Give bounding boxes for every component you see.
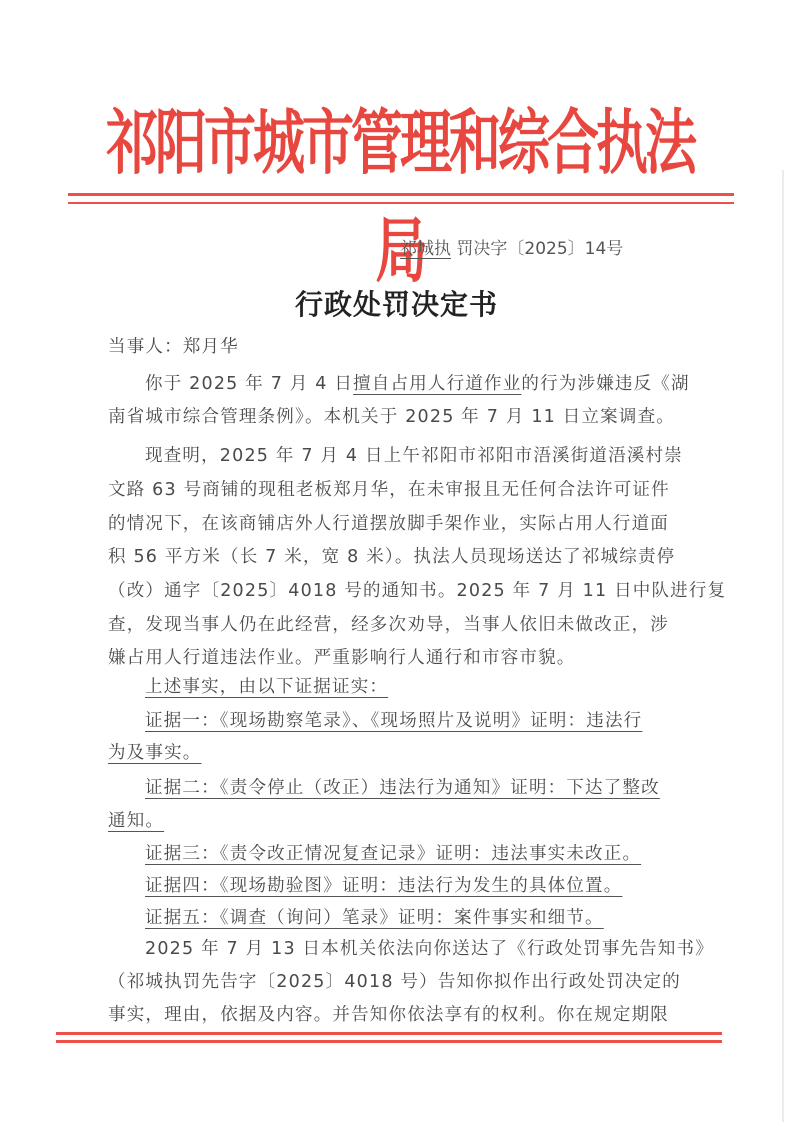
evidence-text: 通知。: [108, 811, 164, 831]
evidence-text: 证据一：《现场勘察笔录》、《现场照片及说明》证明：违法行: [145, 711, 642, 731]
paragraph-2-line: 现查明，2025 年 7 月 4 日上午祁阳市祁阳市浯溪街道浯溪村崇: [145, 440, 720, 472]
paragraph-2-line: 文路 63 号商铺的现租老板郑月华，在未审报且无任何合法许可证件: [108, 474, 683, 506]
evidence-1-line-1: 证据一：《现场勘察笔录》、《现场照片及说明》证明：违法行: [145, 705, 720, 737]
footer-rule-top: [56, 1032, 722, 1035]
document-number: 祁城执 罚决字〔2025〕14号: [400, 234, 623, 259]
evidence-3: 证据三：《责令改正情况复查记录》证明：违法事实未改正。: [145, 838, 720, 870]
party-label: 当事人：: [108, 337, 183, 357]
evidence-2-line-2: 通知。: [108, 805, 683, 837]
letterhead-org-name: 祁阳市城市管理和综合执法局: [100, 90, 700, 306]
violation-underlined: 擅自占用人行道作业: [353, 374, 521, 394]
p1-text: 你于 2025 年 7 月 4 日: [145, 374, 353, 394]
paragraph-1-line-1: 你于 2025 年 7 月 4 日擅自占用人行道作业的行为涉嫌违反《湖: [145, 368, 720, 400]
paragraph-2-line: 积 56 平方米（长 7 米，宽 8 米）。执法人员现场送达了祁城综责停: [108, 541, 683, 573]
evidence-text: 证据四：《现场勘验图》证明：违法行为发生的具体位置。: [145, 876, 622, 896]
evidence-5: 证据五：《调查（询问）笔录》证明：案件事实和细节。: [145, 902, 720, 934]
party-line: 当事人：郑月华: [108, 331, 683, 363]
letterhead-rule-thin: [68, 202, 734, 204]
document-number-prefix: 祁城执: [400, 239, 451, 259]
paragraph-1-line-2: 南省城市综合管理条例》。本机关于 2025 年 7 月 11 日立案调查。: [108, 401, 683, 433]
evidence-intro: 上述事实，由以下证据证实：: [145, 671, 720, 703]
letterhead-rule-thick: [68, 193, 734, 196]
document-number-suffix: 罚决字〔2025〕14号: [456, 239, 623, 259]
evidence-2-line-1: 证据二：《责令停止（改正）违法行为通知》证明：下达了整改: [145, 772, 720, 804]
document-title: 行政处罚决定书: [0, 283, 793, 323]
paragraph-3-line: 2025 年 7 月 13 日本机关依法向你送达了《行政处罚事先告知书》: [145, 933, 720, 965]
evidence-1-line-2: 为及事实。: [108, 737, 683, 769]
paragraph-3-line: 事实，理由，依据及内容。并告知你依法享有的权利。你在规定期限: [108, 999, 683, 1031]
paragraph-2-line: 查，发现当事人仍在此经营，经多次劝导，当事人依旧未做改正，涉: [108, 609, 683, 641]
evidence-4: 证据四：《现场勘验图》证明：违法行为发生的具体位置。: [145, 870, 720, 902]
evidence-intro-text: 上述事实，由以下证据证实：: [145, 677, 388, 697]
footer-rule-bottom: [56, 1040, 722, 1043]
evidence-text: 证据三：《责令改正情况复查记录》证明：违法事实未改正。: [145, 844, 641, 864]
evidence-text: 为及事实。: [108, 743, 202, 763]
party-name: 郑月华: [183, 337, 239, 357]
evidence-text: 证据二：《责令停止（改正）违法行为通知》证明：下达了整改: [145, 778, 660, 798]
paragraph-2-line: （改）通字〔2025〕4018 号的通知书。2025 年 7 月 11 日中队进…: [108, 575, 683, 607]
evidence-text: 证据五：《调查（询问）笔录》证明：案件事实和细节。: [145, 908, 604, 928]
paragraph-2-line: 嫌占用人行道违法作业。严重影响行人通行和市容市貌。: [108, 642, 683, 674]
paragraph-3-line: （祁城执罚先告字〔2025〕4018 号）告知你拟作出行政处罚决定的: [108, 966, 683, 998]
paragraph-2-line: 的情况下，在该商铺店外人行道摆放脚手架作业，实际占用人行道面: [108, 508, 683, 540]
p1-text: 的行为涉嫌违反《湖: [521, 374, 689, 394]
